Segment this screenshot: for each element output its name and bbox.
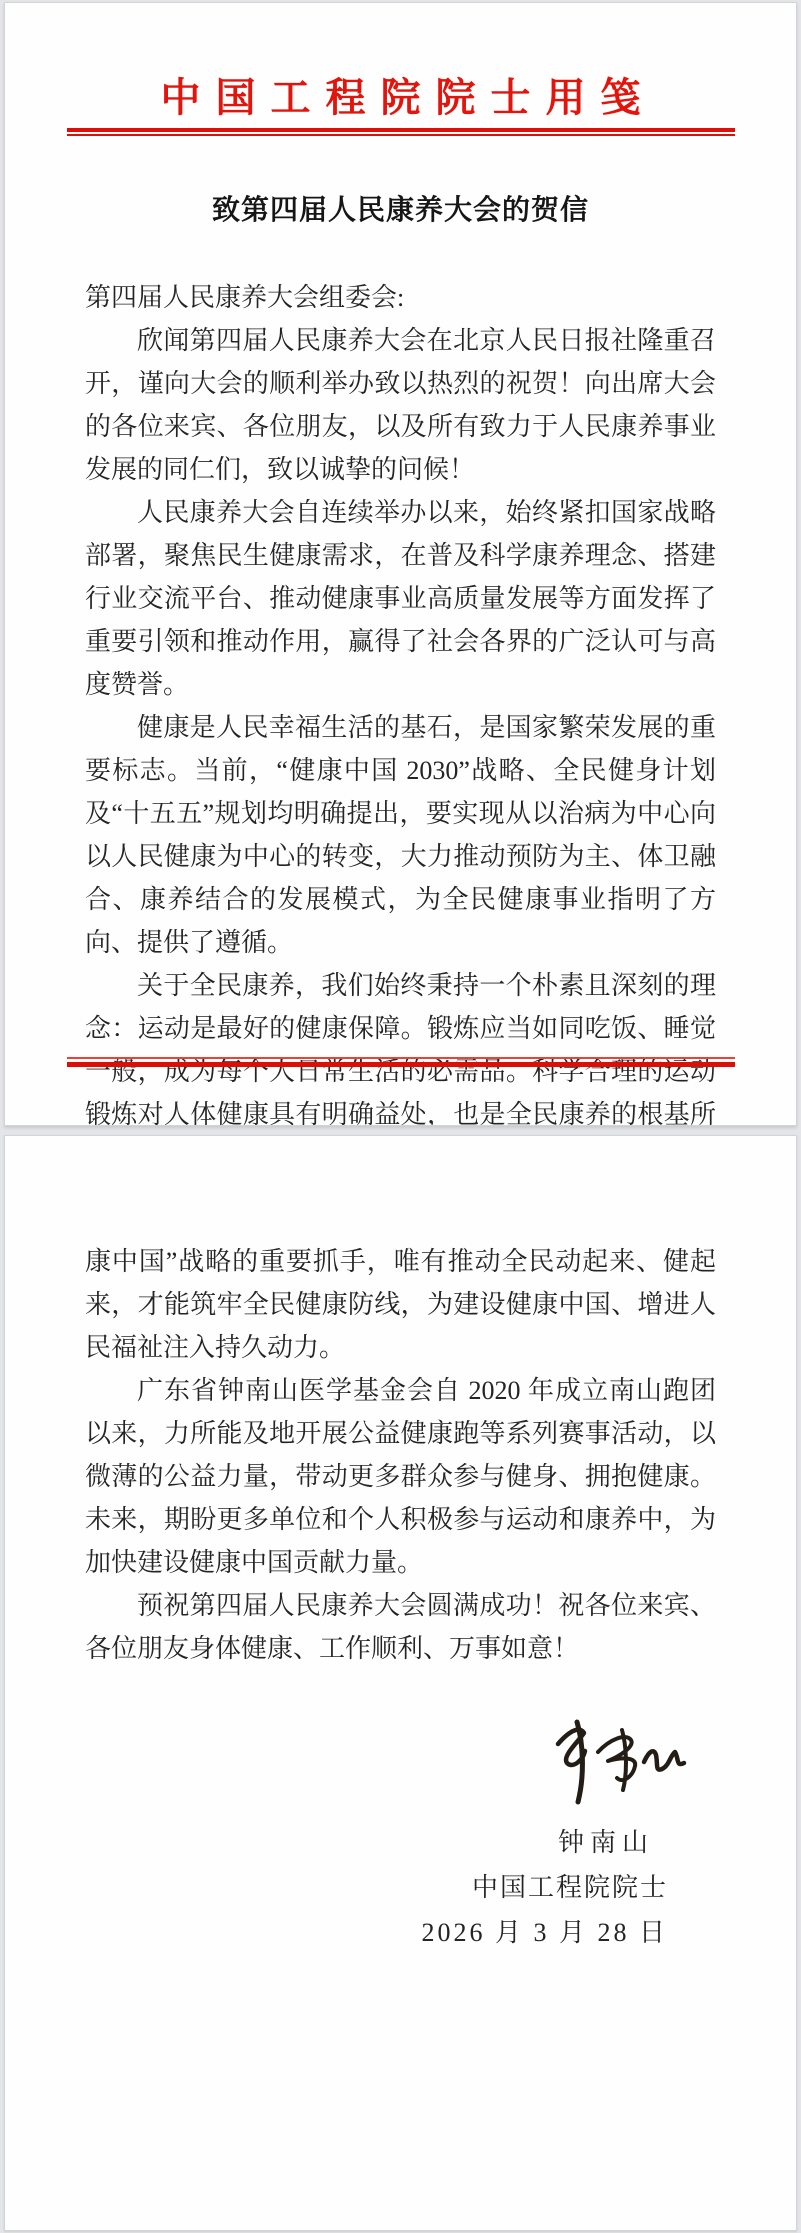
page-2: 康中国”战略的重要抓手，唯有推动全民动起来、健起来，才能筑牢全民健康防线，为建设… (4, 1135, 797, 2231)
signature-block: 钟南山 中国工程院院士 2026 月 3 月 28 日 (5, 1712, 796, 1955)
signer-role: 中国工程院院士 (5, 1865, 668, 1910)
letterhead-rule (67, 128, 735, 136)
letterhead-rule-thick (67, 128, 735, 132)
paragraph: 预祝第四届人民康养大会圆满成功！祝各位来宾、各位朋友身体健康、工作顺利、万事如意… (85, 1584, 716, 1670)
letterhead-title: 中国工程院院士用笺 (5, 3, 796, 121)
paragraph: 广东省钟南山医学基金会自 2020 年成立南山跑团以来，力所能及地开展公益健康跑… (85, 1369, 716, 1584)
page-gap (0, 1126, 801, 1135)
letter-title: 致第四届人民康养大会的贺信 (5, 188, 796, 228)
letter-body-page2: 康中国”战略的重要抓手，唯有推动全民动起来、健起来，才能筑牢全民健康防线，为建设… (5, 1136, 796, 1670)
footer-rule-thin (67, 1057, 735, 1059)
page-1: 中国工程院院士用笺 致第四届人民康养大会的贺信 第四届人民康养大会组委会: 欣闻… (4, 2, 797, 1126)
footer-rule-thick (67, 1062, 735, 1067)
paragraph: 人民康养大会自连续举办以来，始终紧扣国家战略部署，聚焦民生健康需求，在普及科学康… (85, 491, 716, 706)
letterhead-rule-thin (67, 134, 735, 136)
letter-body-page1: 第四届人民康养大会组委会: 欣闻第四届人民康养大会在北京人民日报社隆重召开，谨向… (5, 276, 796, 1126)
paragraph: 健康是人民幸福生活的基石，是国家繁荣发展的重要标志。当前，“健康中国 2030”… (85, 706, 716, 964)
paragraph: 欣闻第四届人民康养大会在北京人民日报社隆重召开，谨向大会的顺利举办致以热烈的祝贺… (85, 319, 716, 491)
letter-scan: 中国工程院院士用笺 致第四届人民康养大会的贺信 第四届人民康养大会组委会: 欣闻… (0, 2, 801, 2233)
paragraph-continuation: 康中国”战略的重要抓手，唯有推动全民动起来、健起来，才能筑牢全民健康防线，为建设… (85, 1240, 716, 1369)
signature-date: 2026 月 3 月 28 日 (5, 1910, 668, 1955)
handwritten-signature-ink (538, 1712, 688, 1807)
footer-rule (67, 1057, 735, 1067)
paragraph: 关于全民康养，我们始终秉持一个朴素且深刻的理念：运动是最好的健康保障。锻炼应当如… (85, 964, 716, 1126)
signer-name: 钟南山 (5, 1820, 668, 1865)
salutation: 第四届人民康养大会组委会: (85, 276, 716, 319)
